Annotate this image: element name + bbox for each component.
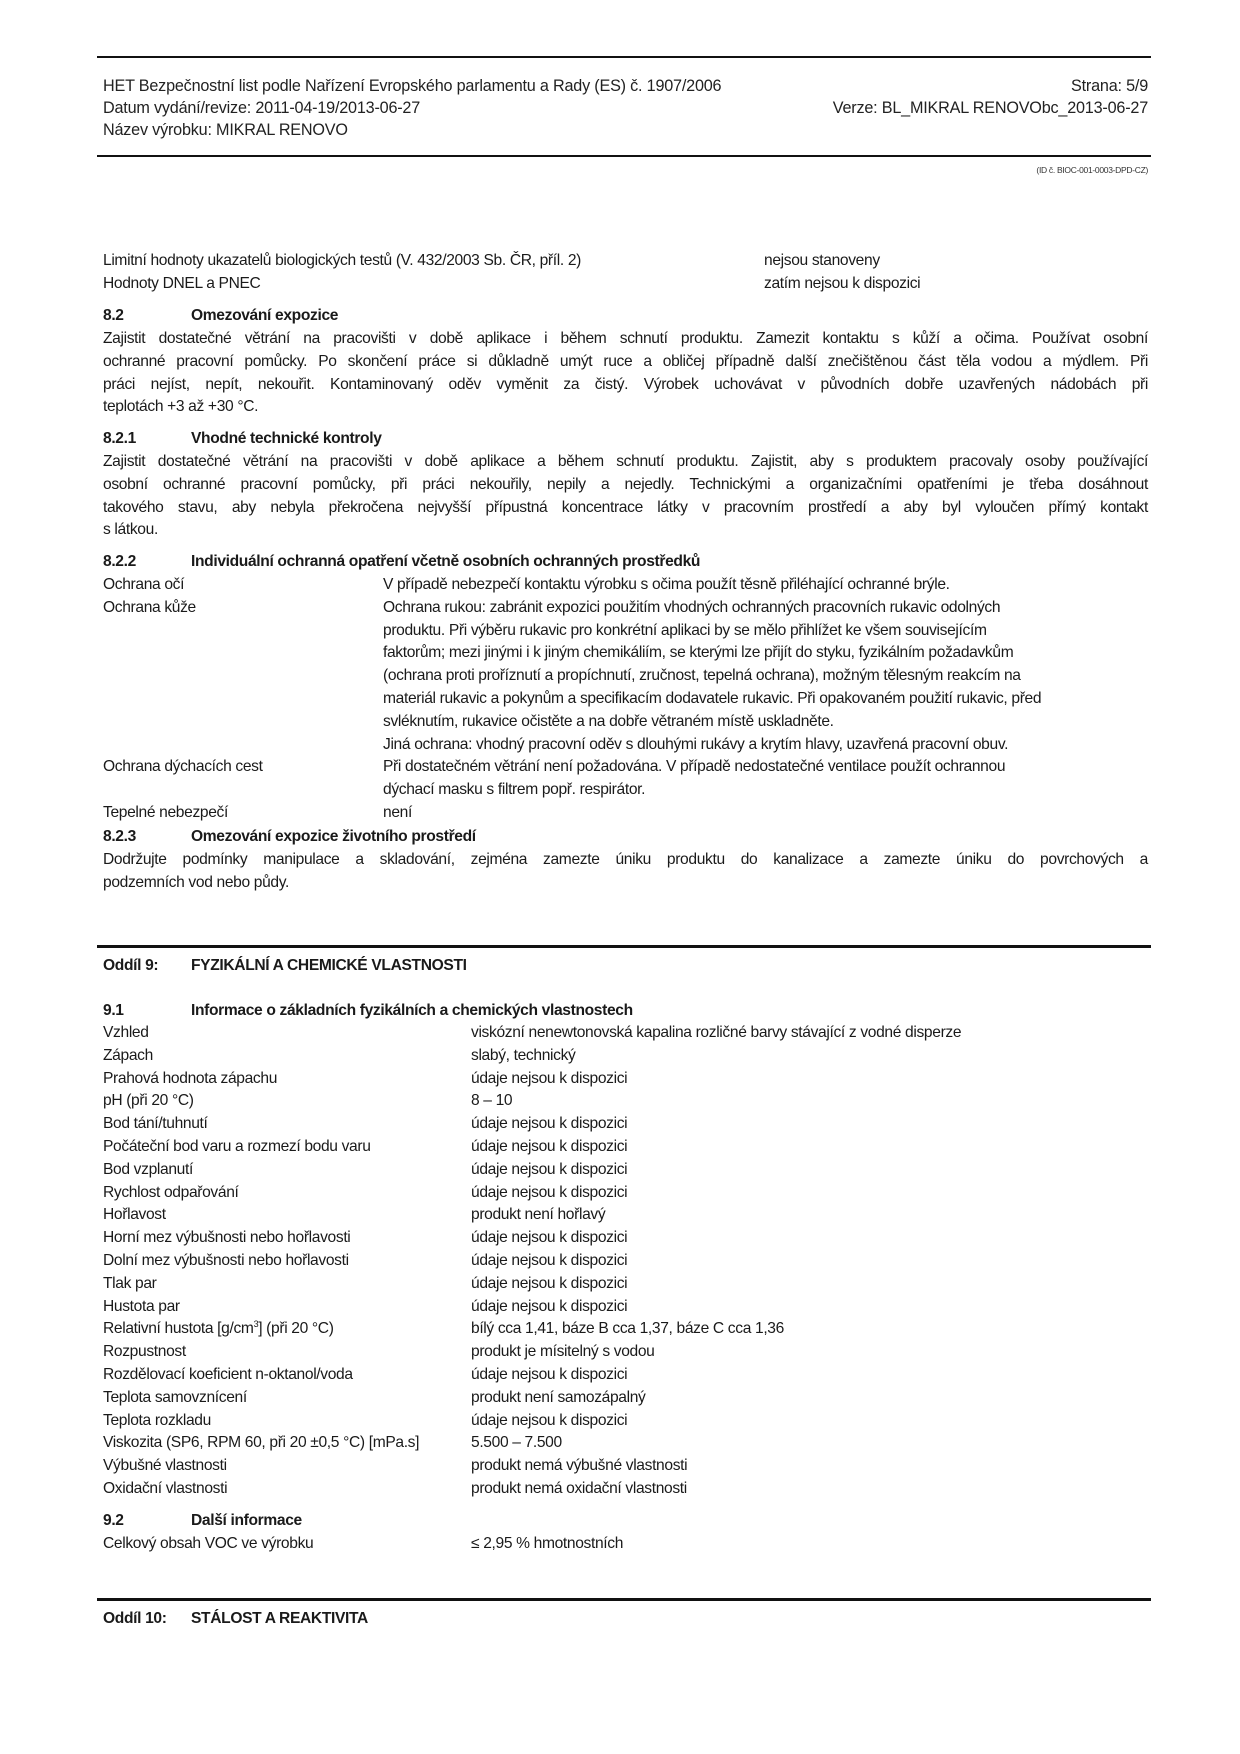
protection-value-line: Jiná ochrana: vhodný pracovní oděv s dlo… [383,734,1008,757]
property-value: produkt nemá výbušné vlastnosti [471,1455,687,1478]
property-label: Horní mez výbušnosti nebo hořlavosti [103,1227,350,1250]
property-value: údaje nejsou k dispozici [471,1296,627,1319]
paragraph-line: podzemních vod nebo půdy. [103,872,1148,895]
property-label: Teplota samovznícení [103,1387,247,1410]
protection-value-line: materiál rukavic a pokynům a specifikací… [383,688,1041,711]
protection-value-line: dýchací masku s filtrem popř. respirátor… [383,779,645,802]
limits-label: Limitní hodnoty ukazatelů biologických t… [103,250,581,273]
paragraph-line: Zajistit dostatečné větrání na pracovišt… [103,451,1148,474]
property-value: bílý cca 1,41, báze B cca 1,37, báze C c… [471,1318,784,1341]
paragraph-line: teplotách +3 až +30 °C. [103,396,1148,419]
property-value: údaje nejsou k dispozici [471,1113,627,1136]
section-9-rule [97,945,1151,948]
section-8-2-number: 8.2 [103,305,124,328]
property-value: údaje nejsou k dispozici [471,1250,627,1273]
protection-label: Ochrana dýchacích cest [103,756,263,779]
header-page-number: Strana: 5/9 [1071,75,1148,97]
property-value: údaje nejsou k dispozici [471,1364,627,1387]
protection-value-line: produktu. Při výběru rukavic pro konkrét… [383,620,987,643]
section-8-2-2-title: Individuální ochranná opatření včetně os… [191,551,700,574]
property-value: údaje nejsou k dispozici [471,1068,627,1091]
section-8-2-3-number: 8.2.3 [103,826,136,849]
property-value: produkt nemá oxidační vlastnosti [471,1478,687,1501]
section-8-2-title: Omezování expozice [191,305,338,328]
paragraph-line: Zajistit dostatečné větrání na pracovišt… [103,328,1148,351]
section-8-2-2-number: 8.2.2 [103,551,136,574]
section-8-2-1-paragraph: Zajistit dostatečné větrání na pracovišt… [103,451,1148,542]
section-9-1-number: 9.1 [103,1000,124,1023]
protection-label: Ochrana očí [103,574,184,597]
property-label: Rozpustnost [103,1341,186,1364]
section-9-2-number: 9.2 [103,1510,124,1533]
property-value: údaje nejsou k dispozici [471,1273,627,1296]
property-label: Výbušné vlastnosti [103,1455,227,1478]
header-id-note: (ID č. BIOC-001-0003-DPD-CZ) [1036,165,1148,175]
property-value: údaje nejsou k dispozici [471,1159,627,1182]
property-value: údaje nejsou k dispozici [471,1182,627,1205]
property-label: Bod vzplanutí [103,1159,193,1182]
limits-value: zatím nejsou k dispozici [764,273,920,296]
protection-value-line: V případě nebezpečí kontaktu výrobku s o… [383,574,950,597]
property-label: Rychlost odpařování [103,1182,239,1205]
property-value: 8 – 10 [471,1090,512,1113]
section-8-2-3-paragraph: Dodržujte podmínky manipulace a skladová… [103,849,1148,895]
protection-value-line: Ochrana rukou: zabránit expozici použití… [383,597,1000,620]
limits-value: nejsou stanoveny [764,250,880,273]
property-label: Rozdělovací koeficient n-oktanol/voda [103,1364,353,1387]
paragraph-line: s látkou. [103,519,1148,542]
property-label: Celkový obsah VOC ve výrobku [103,1533,313,1556]
paragraph-line: takového stavu, aby nebyla překročena ne… [103,497,1148,520]
property-value: slabý, technický [471,1045,575,1068]
property-label: Oxidační vlastnosti [103,1478,227,1501]
property-label: Hustota par [103,1296,180,1319]
property-label: Bod tání/tuhnutí [103,1113,208,1136]
property-value: ≤ 2,95 % hmotnostních [471,1533,623,1556]
protection-label: Ochrana kůže [103,597,196,620]
property-label: Hořlavost [103,1204,166,1227]
property-label: Teplota rozkladu [103,1410,211,1433]
section-8-2-1-title: Vhodné technické kontroly [191,428,382,451]
property-value: produkt je mísitelný s vodou [471,1341,655,1364]
property-value: produkt není hořlavý [471,1204,605,1227]
protection-value-line: svléknutím, rukavice očistěte a na dobře… [383,711,834,734]
property-label: Prahová hodnota zápachu [103,1068,277,1091]
protection-value-line: faktorům; mezi jinými i k jiným chemikál… [383,642,1013,665]
limits-label: Hodnoty DNEL a PNEC [103,273,260,296]
property-value: údaje nejsou k dispozici [471,1410,627,1433]
property-label: Dolní mez výbušnosti nebo hořlavosti [103,1250,349,1273]
protection-label: Tepelné nebezpečí [103,802,228,825]
property-value: údaje nejsou k dispozici [471,1136,627,1159]
header-version-line: Verze: BL_MIKRAL RENOVObc_2013-06-27 [833,97,1148,119]
property-label: Vzhled [103,1022,149,1045]
paragraph-line: ochranné pracovní pomůcky. Po skončení p… [103,351,1148,374]
protection-value-line: (ochrana proti proříznutí a propíchnutí,… [383,665,1021,688]
paragraph-line: Dodržujte podmínky manipulace a skladová… [103,849,1148,872]
header-product-line: Název výrobku: MIKRAL RENOVO [103,119,348,141]
section-9-title: FYZIKÁLNÍ A CHEMICKÉ VLASTNOSTI [191,955,467,978]
section-10-rule [97,1598,1151,1601]
property-value: 5.500 – 7.500 [471,1432,562,1455]
property-value: produkt není samozápalný [471,1387,646,1410]
property-label: Tlak par [103,1273,157,1296]
protection-value-line: Při dostatečném větrání není požadována.… [383,756,1005,779]
property-label: Počáteční bod varu a rozmezí bodu varu [103,1136,371,1159]
section-8-2-1-number: 8.2.1 [103,428,136,451]
property-label: Viskozita (SP6, RPM 60, při 20 ±0,5 °C) … [103,1432,419,1455]
protection-value-line: není [383,802,412,825]
section-9-1-title: Informace o základních fyzikálních a che… [191,1000,633,1023]
paragraph-line: osobní ochranné pracovní pomůcky, při pr… [103,474,1148,497]
property-label: Relativní hustota [g/cm3] (při 20 °C) [103,1318,334,1341]
section-10-title: STÁLOST A REAKTIVITA [191,1608,368,1631]
property-value: viskózní nenewtonovská kapalina rozličné… [471,1022,961,1045]
header-top-rule [97,56,1151,58]
header-bottom-rule [97,155,1151,157]
section-9-2-title: Další informace [191,1510,302,1533]
property-label: Zápach [103,1045,153,1068]
property-label: pH (při 20 °C) [103,1090,194,1113]
section-8-2-3-title: Omezování expozice životního prostředí [191,826,476,849]
section-8-2-paragraph: Zajistit dostatečné větrání na pracovišt… [103,328,1148,419]
property-value: údaje nejsou k dispozici [471,1227,627,1250]
header-regulation-line: HET Bezpečnostní list podle Nařízení Evr… [103,75,721,97]
header-date-line: Datum vydání/revize: 2011-04-19/2013-06-… [103,97,420,119]
section-10-label: Oddíl 10: [103,1608,167,1631]
section-9-label: Oddíl 9: [103,955,158,978]
paragraph-line: práci nejíst, nepít, nekouřit. Kontamino… [103,374,1148,397]
